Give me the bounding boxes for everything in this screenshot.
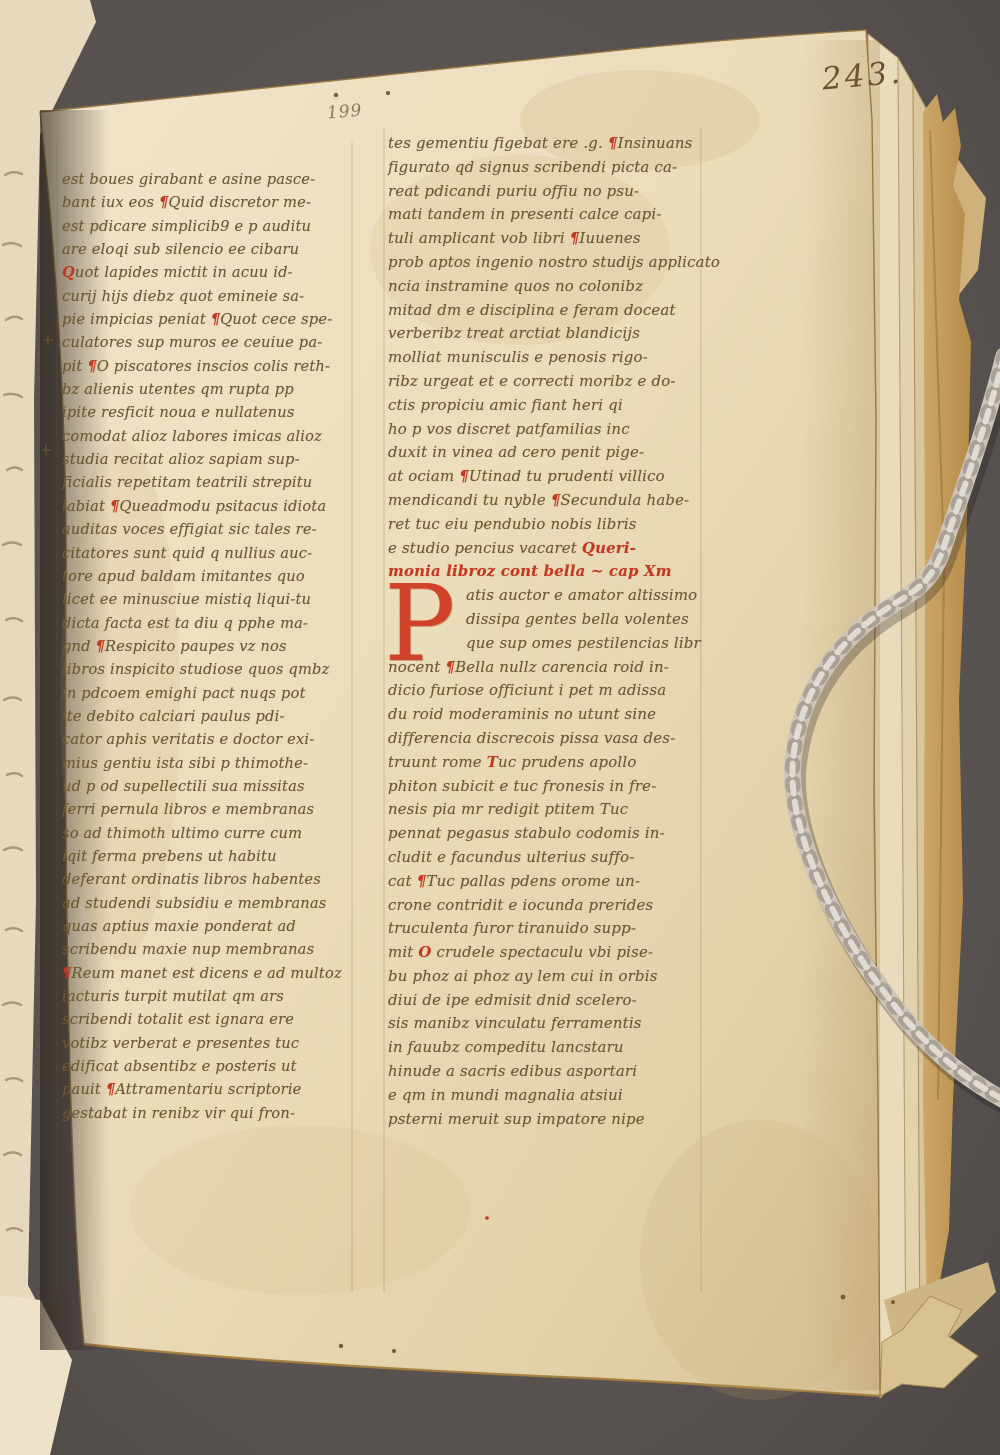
rubricated-text: ¶: [211, 311, 221, 328]
ink-text: gestabat in renibz vir qui fron-: [62, 1105, 295, 1122]
manuscript-line: mati tandem in presenti calce capi-: [388, 203, 706, 227]
ink-text: scribendu maxie nup membranas: [62, 941, 314, 958]
manuscript-line: est pdicare simplicib9 e p auditu: [62, 215, 364, 238]
manuscript-line: votibz verberat e presentes tuc: [62, 1032, 364, 1055]
ink-text: quas aptius maxie ponderat ad: [62, 918, 296, 935]
ink-text: molliat munisculis e penosis rigo-: [388, 348, 648, 366]
ink-text: que sup omes pestilencias libr: [466, 634, 701, 652]
ink-text: cator aphis veritatis e doctor exi-: [62, 731, 314, 748]
manuscript-line: libros inspicito studiose quos qmbz: [62, 658, 364, 681]
manuscript-line: comodat alioz labores imicas alioz: [62, 425, 364, 448]
manuscript-line: citatores sunt quid q nullius auc-: [62, 542, 364, 565]
manuscript-line: e qm in mundi magnalia atsiui: [388, 1084, 706, 1108]
manuscript-line: mit O crudele spectaculu vbi pise-: [388, 941, 706, 965]
manuscript-line: so ad thimoth ultimo curre cum: [62, 822, 364, 845]
manuscript-line: pauit ¶Attramentariu scriptorie: [62, 1078, 364, 1101]
manuscript-line: are eloqi sub silencio ee cibaru: [62, 238, 364, 261]
ink-text: reat pdicandi puriu offiu no psu-: [388, 182, 639, 200]
manuscript-line: pennat pegasus stabulo codomis in-: [388, 822, 706, 846]
manuscript-line: ad studendi subsidiu e membranas: [62, 892, 364, 915]
ink-text: du roid moderaminis no utunt sine: [388, 705, 656, 723]
manuscript-line: sis manibz vinculatu ferramentis: [388, 1012, 706, 1036]
ink-text: are eloqi sub silencio ee cibaru: [62, 241, 299, 258]
ink-text: ncia instramine quos no colonibz: [388, 277, 643, 295]
folio-number: 199: [326, 100, 363, 123]
manuscript-line: scribendi totalit est ignara ere: [62, 1008, 364, 1031]
ink-text: Quid discretor me-: [169, 194, 312, 211]
ink-text: Queadmodu psitacus idiota: [119, 498, 326, 515]
ink-text: comodat alioz labores imicas alioz: [62, 428, 322, 445]
manuscript-line: culatores sup muros ee ceuiue pa-: [62, 331, 364, 354]
rubricated-text: T: [487, 753, 498, 771]
manuscript-line: in fauubz compeditu lancstaru: [388, 1036, 706, 1060]
ink-text: truculenta furor tiranuido supp-: [388, 919, 636, 937]
manuscript-line: reat pdicandi puriu offiu no psu-: [388, 180, 706, 204]
ink-text: scribendi totalit est ignara ere: [62, 1011, 294, 1028]
ink-text: mit: [388, 943, 418, 961]
ink-text: ctis propiciu amic fiant heri qi: [388, 396, 623, 414]
manuscript-line: tuli amplicant vob libri ¶Iuuenes: [388, 227, 706, 251]
manuscript-line: edificat absentibz e posteris ut: [62, 1055, 364, 1078]
manuscript-line: figurato qd signus scribendi picta ca-: [388, 156, 706, 180]
ink-text: deferant ordinatis libros habentes: [62, 871, 321, 888]
ink-text: ad studendi subsidiu e membranas: [62, 895, 327, 912]
manuscript-line: ctis propiciu amic fiant heri qi: [388, 394, 706, 418]
rubricated-text: ¶: [96, 638, 106, 655]
manuscript-line: ficialis repetitam teatrili strepitu: [62, 471, 364, 494]
ink-text: O piscatores inscios colis reth-: [97, 358, 330, 375]
ink-text: uot lapides mictit in acuu id-: [75, 264, 293, 281]
manuscript-line: ret tuc eiu pendubio nobis libris: [388, 513, 706, 537]
ink-text: truunt rome: [388, 753, 487, 771]
drop-cap-initial: P: [384, 576, 455, 671]
ink-text: mati tandem in presenti calce capi-: [388, 205, 662, 223]
ink-text: nesis pia mr redigit ptitem Tuc: [388, 800, 628, 818]
manuscript-line: tore apud baldam imitantes quo: [62, 565, 364, 588]
ink-text: phiton subicit e tuc fronesis in fre-: [388, 777, 656, 795]
manuscript-line: ferri pernula libros e membranas: [62, 798, 364, 821]
ink-text: labiat: [62, 498, 110, 515]
manuscript-line: mius gentiu ista sibi p thimothe-: [62, 752, 364, 775]
manuscript-line: psterni meruit sup impatore nipe: [388, 1108, 706, 1132]
ink-text: cat: [388, 872, 417, 890]
ink-text: Bella nullz carencia roid in-: [455, 658, 669, 676]
ink-text: sis manibz vinculatu ferramentis: [388, 1014, 642, 1032]
manuscript-line: dicta facta est ta diu q pphe ma-: [62, 612, 364, 635]
manuscript-line: du roid moderaminis no utunt sine: [388, 703, 706, 727]
manuscript-line: crone contridit e iocunda prerides: [388, 894, 706, 918]
manuscript-line: pit ¶O piscatores inscios colis reth-: [62, 355, 364, 378]
ink-text: differencia discrecois pissa vasa des-: [388, 729, 675, 747]
ink-text: prob aptos ingenio nostro studijs applic…: [388, 253, 720, 271]
manuscript-line: labiat ¶Queadmodu psitacus idiota: [62, 495, 364, 518]
ink-text: pit: [62, 358, 87, 375]
manuscript-line: at ociam ¶Utinad tu prudenti villico: [388, 465, 706, 489]
ink-text: crone contridit e iocunda prerides: [388, 896, 653, 914]
manuscript-line: mendicandi tu nyble ¶Secundula habe-: [388, 489, 706, 513]
ink-text: est boues girabant e asine pasce-: [62, 171, 315, 188]
ink-text: bant iux eos: [62, 194, 159, 211]
rubricated-text: O: [418, 943, 431, 961]
manuscript-line: tes gementiu figebat ere .g. ¶Insinuans: [388, 132, 706, 156]
ink-text: est pdicare simplicib9 e p auditu: [62, 218, 311, 235]
manuscript-line: diui de ipe edmisit dnid scelero-: [388, 989, 706, 1013]
ink-text: Utinad tu prudenti villico: [469, 467, 665, 485]
ink-text: Quot cece spe-: [220, 311, 332, 328]
ink-text: Reum manet est dicens e ad multoz: [72, 965, 342, 982]
ink-text: ho p vos discret patfamilias inc: [388, 420, 630, 438]
ink-text: ipite resficit noua e nullatenus: [62, 404, 295, 421]
ink-text: dicta facta est ta diu q pphe ma-: [62, 615, 308, 632]
manuscript-line: ¶Reum manet est dicens e ad multoz: [62, 962, 364, 985]
ink-text: ite debito calciari paulus pdi-: [62, 708, 285, 725]
ink-text: licet ee minusciue mistiq liqui-tu: [62, 591, 311, 608]
ink-text: Secundula habe-: [561, 491, 690, 509]
ink-text: so ad thimoth ultimo curre cum: [62, 825, 302, 842]
ink-text: pauit: [62, 1081, 106, 1098]
manuscript-line: e studio pencius vacaret Queri-: [388, 537, 706, 561]
ink-text: gnd: [62, 638, 96, 655]
ink-text: hinude a sacris edibus asportari: [388, 1062, 637, 1080]
ink-text: iacturis turpit mutilat qm ars: [62, 988, 284, 1005]
manuscript-line: prob aptos ingenio nostro studijs applic…: [388, 251, 706, 275]
manuscript-line: ite debito calciari paulus pdi-: [62, 705, 364, 728]
ink-text: verberibz treat arctiat blandicijs: [388, 324, 640, 342]
manuscript-line: studia recitat alioz sapiam sup-: [62, 448, 364, 471]
manuscript-line: deferant ordinatis libros habentes: [62, 868, 364, 891]
ink-text: ficialis repetitam teatrili strepitu: [62, 474, 312, 491]
ink-text: pie impicias peniat: [62, 311, 211, 328]
ink-text: mendicandi tu nyble: [388, 491, 551, 509]
manuscript-line: scribendu maxie nup membranas: [62, 938, 364, 961]
manuscript-line: ho p vos discret patfamilias inc: [388, 418, 706, 442]
ink-text: e qm in mundi magnalia atsiui: [388, 1086, 623, 1104]
ink-text: at ociam: [388, 467, 459, 485]
ink-text: Insinuans: [618, 134, 693, 152]
ink-text: tore apud baldam imitantes quo: [62, 568, 305, 585]
ink-text: ud p od supellectili sua missitas: [62, 778, 305, 795]
manuscript-line: hinude a sacris edibus asportari: [388, 1060, 706, 1084]
ink-text: crudele spectaculu vbi pise-: [432, 943, 654, 961]
manuscript-line: molliat munisculis e penosis rigo-: [388, 346, 706, 370]
ink-text: curij hijs diebz quot emineie sa-: [62, 288, 304, 305]
ink-text: psterni meruit sup impatore nipe: [388, 1110, 645, 1128]
ink-text: tuli amplicant vob libri: [388, 229, 570, 247]
ink-text: citatores sunt quid q nullius auc-: [62, 545, 312, 562]
ink-text: pennat pegasus stabulo codomis in-: [388, 824, 665, 842]
ink-text: bu phoz ai phoz ay lem cui in orbis: [388, 967, 658, 985]
manuscript-line: bz alienis utentes qm rupta pp: [62, 378, 364, 401]
ink-text: figurato qd signus scribendi picta ca-: [388, 158, 677, 176]
ink-text: in pdcoem emighi pact nuqs pot: [62, 685, 306, 702]
page-number: 243.: [821, 55, 905, 98]
ink-text: edificat absentibz e posteris ut: [62, 1058, 297, 1075]
manuscript-line: differencia discrecois pissa vasa des-: [388, 727, 706, 751]
ink-text: Attramentariu scriptorie: [115, 1081, 301, 1098]
ink-text: auditas voces effigiat sic tales re-: [62, 521, 317, 538]
rubricated-text: Queri-: [582, 539, 636, 557]
rubricated-text: ¶: [551, 491, 561, 509]
manuscript-line: bu phoz ai phoz ay lem cui in orbis: [388, 965, 706, 989]
ink-text: in fauubz compeditu lancstaru: [388, 1038, 624, 1056]
rubricated-text: ¶: [87, 358, 97, 375]
manuscript-line: Quot lapides mictit in acuu id-: [62, 261, 364, 284]
ink-text: Tuc pallas pdens orome un-: [426, 872, 640, 890]
ink-text: mius gentiu ista sibi p thimothe-: [62, 755, 308, 772]
left-column-text: est boues girabant e asine pasce-bant iu…: [62, 168, 364, 1125]
rubricated-text: ¶: [106, 1081, 116, 1098]
manuscript-line: cludit e facundus ulterius suffo-: [388, 846, 706, 870]
manuscript-line: est boues girabant e asine pasce-: [62, 168, 364, 191]
ink-text: culatores sup muros ee ceuiue pa-: [62, 334, 322, 351]
ink-text: iqit ferma prebens ut habitu: [62, 848, 277, 865]
ink-text: studia recitat alioz sapiam sup-: [62, 451, 300, 468]
manuscript-photo: 199 243. est boues girabant e asine pasc…: [0, 0, 1000, 1455]
rubricated-text: ¶: [62, 965, 72, 982]
ink-text: Iuuenes: [579, 229, 640, 247]
ink-text: Respicito paupes vz nos: [105, 638, 287, 655]
manuscript-line: licet ee minusciue mistiq liqui-tu: [62, 588, 364, 611]
ink-text: votibz verberat e presentes tuc: [62, 1035, 299, 1052]
manuscript-line: ncia instramine quos no colonibz: [388, 275, 706, 299]
rubricated-text: ¶: [417, 872, 427, 890]
manuscript-line: curij hijs diebz quot emineie sa-: [62, 285, 364, 308]
ink-text: ret tuc eiu pendubio nobis libris: [388, 515, 637, 533]
ink-text: libros inspicito studiose quos qmbz: [62, 661, 329, 678]
rubricated-text: ¶: [608, 134, 618, 152]
manuscript-line: gestabat in renibz vir qui fron-: [62, 1102, 364, 1125]
manuscript-line: pie impicias peniat ¶Quot cece spe-: [62, 308, 364, 331]
ink-text: uc prudens apollo: [498, 753, 636, 771]
manuscript-line: duxit in vinea ad cero penit pige-: [388, 441, 706, 465]
rubricated-text: ¶: [459, 467, 469, 485]
ink-text: bz alienis utentes qm rupta pp: [62, 381, 294, 398]
ink-text: mitad dm e disciplina e feram doceat: [388, 301, 676, 319]
manuscript-line: ud p od supellectili sua missitas: [62, 775, 364, 798]
manuscript-line: gnd ¶Respicito paupes vz nos: [62, 635, 364, 658]
rubricated-text: ¶: [570, 229, 580, 247]
manuscript-line: iacturis turpit mutilat qm ars: [62, 985, 364, 1008]
ink-text: e studio pencius vacaret: [388, 539, 582, 557]
ink-text: cludit e facundus ulterius suffo-: [388, 848, 635, 866]
ink-text: tes gementiu figebat ere .g.: [388, 134, 608, 152]
ink-text: dissipa gentes bella volentes: [466, 610, 689, 628]
manuscript-line: ribz urgeat et e correcti moribz e do-: [388, 370, 706, 394]
ink-text: ferri pernula libros e membranas: [62, 801, 314, 818]
manuscript-line: cat ¶Tuc pallas pdens orome un-: [388, 870, 706, 894]
manuscript-line: phiton subicit e tuc fronesis in fre-: [388, 775, 706, 799]
manuscript-line: bant iux eos ¶Quid discretor me-: [62, 191, 364, 214]
ink-text: atis auctor e amator altissimo: [466, 586, 697, 604]
manuscript-line: ipite resficit noua e nullatenus: [62, 401, 364, 424]
manuscript-line: cator aphis veritatis e doctor exi-: [62, 728, 364, 751]
manuscript-line: truculenta furor tiranuido supp-: [388, 917, 706, 941]
rubricated-text: Q: [62, 264, 75, 281]
ink-text: diui de ipe edmisit dnid scelero-: [388, 991, 637, 1009]
manuscript-line: auditas voces effigiat sic tales re-: [62, 518, 364, 541]
manuscript-line: mitad dm e disciplina e feram doceat: [388, 299, 706, 323]
ink-text: duxit in vinea ad cero penit pige-: [388, 443, 644, 461]
manuscript-line: quas aptius maxie ponderat ad: [62, 915, 364, 938]
ink-text: ribz urgeat et e correcti moribz e do-: [388, 372, 676, 390]
manuscript-line: iqit ferma prebens ut habitu: [62, 845, 364, 868]
manuscript-line: in pdcoem emighi pact nuqs pot: [62, 682, 364, 705]
manuscript-line: truunt rome Tuc prudens apollo: [388, 751, 706, 775]
manuscript-line: verberibz treat arctiat blandicijs: [388, 322, 706, 346]
manuscript-line: nesis pia mr redigit ptitem Tuc: [388, 798, 706, 822]
rubricated-text: ¶: [159, 194, 169, 211]
